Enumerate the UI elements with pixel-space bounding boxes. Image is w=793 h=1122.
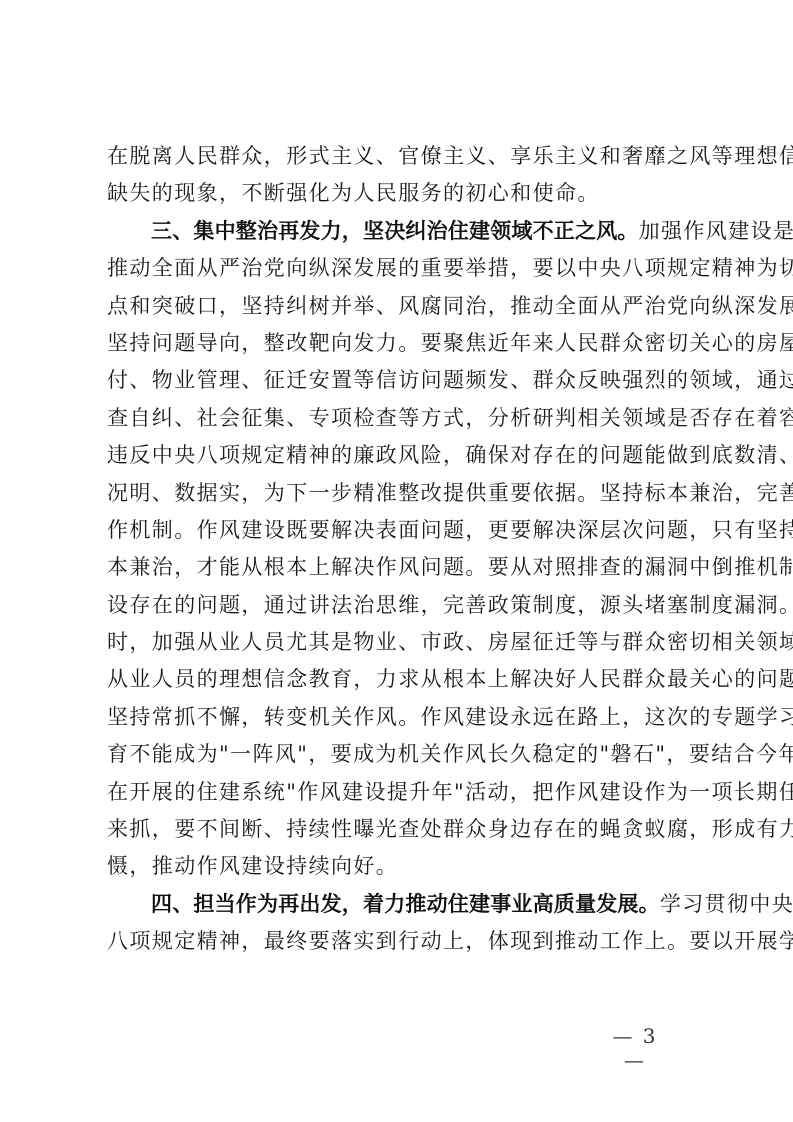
body-line: 坚持常抓不懈，转变机关作风。作风建设永远在路上，这次的专题学习教 xyxy=(107,699,695,736)
body-line: 付、物业管理、征迁安置等信访问题频发、群众反映强烈的领域，通过自 xyxy=(107,362,695,399)
body-line: 八项规定精神，最终要落实到行动上，体现到推动工作上。要以开展学习 xyxy=(107,923,695,960)
page-number: — 3 — xyxy=(600,1024,670,1072)
body-line: 违反中央八项规定精神的廉政风险，确保对存在的问题能做到底数清、情 xyxy=(107,437,695,474)
body-line: 坚持问题导向，整改靶向发力。要聚焦近年来人民群众密切关心的房屋交 xyxy=(107,325,695,362)
body-line: 设存在的问题，通过讲法治思维，完善政策制度，源头堵塞制度漏洞。同 xyxy=(107,587,695,624)
body-line: 本兼治，才能从根本上解决作风问题。要从对照排查的漏洞中倒推机制建 xyxy=(107,549,695,586)
section-heading-line: 四、担当作为再出发，着力推动住建事业高质量发展。学习贯彻中央 xyxy=(107,886,695,923)
section-heading-4: 四、担当作为再出发，着力推动住建事业高质量发展。 xyxy=(151,892,660,916)
body-line: 作机制。作风建设既要解决表面问题，更要解决深层次问题，只有坚持标 xyxy=(107,512,695,549)
body-text: 学习贯彻中央 xyxy=(660,892,793,916)
body-line: 在开展的住建系统"作风建设提升年"活动，把作风建设作为一项长期任务 xyxy=(107,774,695,811)
body-line: 慑，推动作风建设持续向好。 xyxy=(107,848,695,885)
body-line: 在脱离人民群众，形式主义、官僚主义、享乐主义和奢靡之风等理想信念 xyxy=(107,138,695,175)
body-line: 推动全面从严治党向纵深发展的重要举措，要以中央八项规定精神为切入 xyxy=(107,250,695,287)
section-heading-line: 三、集中整治再发力，坚决纠治住建领域不正之风。加强作风建设是 xyxy=(107,213,695,250)
body-line: 缺失的现象，不断强化为人民服务的初心和使命。 xyxy=(107,175,695,212)
body-line: 点和突破口，坚持纠树并举、风腐同治，推动全面从严治党向纵深发展。 xyxy=(107,288,695,325)
body-line: 来抓，要不间断、持续性曝光查处群众身边存在的蝇贪蚁腐，形成有力震 xyxy=(107,811,695,848)
body-line: 从业人员的理想信念教育，力求从根本上解决好人民群众最关心的问题。 xyxy=(107,661,695,698)
body-line: 时，加强从业人员尤其是物业、市政、房屋征迁等与群众密切相关领域的 xyxy=(107,624,695,661)
document-page: 在脱离人民群众，形式主义、官僚主义、享乐主义和奢靡之风等理想信念 缺失的现象，不… xyxy=(107,138,697,961)
body-line: 况明、数据实，为下一步精准整改提供重要依据。坚持标本兼治，完善工 xyxy=(107,475,695,512)
body-line: 查自纠、社会征集、专项检查等方式，分析研判相关领域是否存在着容易 xyxy=(107,400,695,437)
section-heading-3: 三、集中整治再发力，坚决纠治住建领域不正之风。 xyxy=(151,219,639,243)
body-text: 加强作风建设是 xyxy=(639,219,793,243)
body-line: 育不能成为"一阵风"，要成为机关作风长久稳定的"磐石"，要结合今年正 xyxy=(107,736,695,773)
